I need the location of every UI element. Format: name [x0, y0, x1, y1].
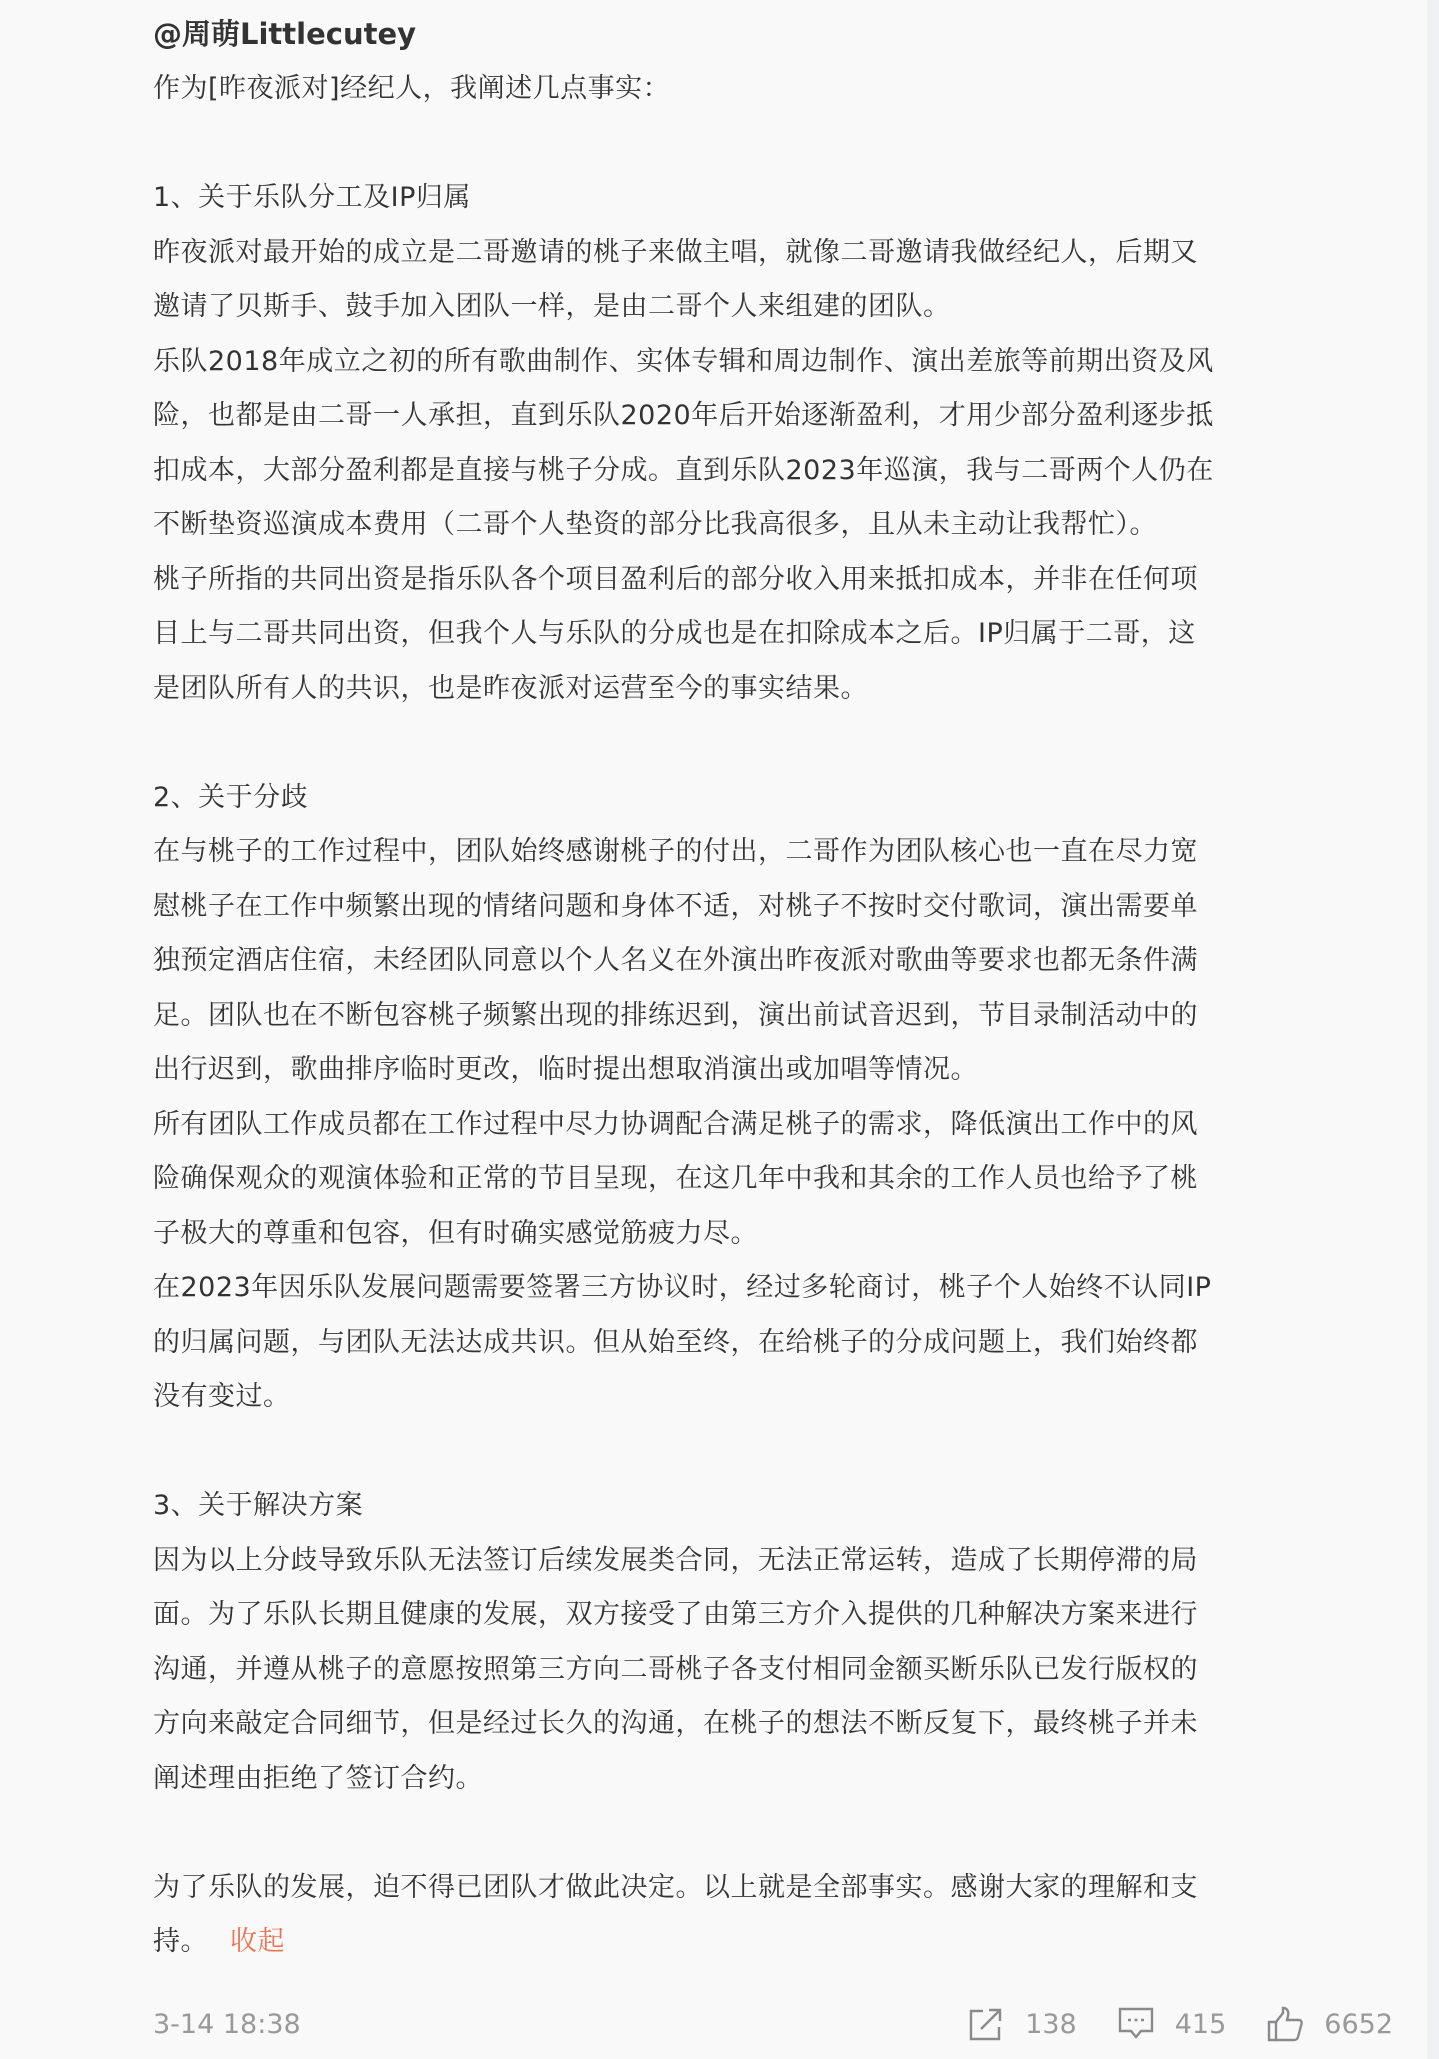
- blank-line: [153, 716, 1383, 771]
- comment-icon: [1117, 2005, 1155, 2043]
- text-line: 所有团队工作成员都在工作过程中尽力协调配合满足桃子的需求，降低演出工作中的风: [153, 1098, 1383, 1153]
- text-line: 不断垫资巡演成本费用（二哥个人垫资的部分比我高很多，且从未主动让我帮忙）。: [153, 498, 1383, 553]
- author-mention[interactable]: @周萌Littlecutey: [153, 12, 416, 56]
- text-line: 因为以上分歧导致乐队无法签订后续发展类合同，无法正常运转，造成了长期停滞的局: [153, 1534, 1383, 1589]
- like-icon: [1266, 2005, 1304, 2043]
- text-line: 乐队2018年成立之初的所有歌曲制作、实体专辑和周边制作、演出差旅等前期出资及风: [153, 335, 1383, 390]
- text-line: 桃子所指的共同出资是指乐队各个项目盈利后的部分收入用来抵扣成本，并非在任何项: [153, 553, 1383, 608]
- text-line: 阐述理由拒绝了签订合约。: [153, 1752, 1383, 1807]
- text-line: 慰桃子在工作中频繁出现的情绪问题和身体不适，对桃子不按时交付歌词，演出需要单: [153, 880, 1383, 935]
- last-line: 持。收起: [153, 1915, 1383, 1970]
- text-line: 没有变过。: [153, 1370, 1383, 1425]
- text-line: 扣成本，大部分盈利都是直接与桃子分成。直到乐队2023年巡演，我与二哥两个人仍在: [153, 444, 1383, 499]
- share-button[interactable]: 138: [967, 2005, 1077, 2043]
- text-line: 沟通，并遵从桃子的意愿按照第三方向二哥桃子各支付相同金额买断乐队已发行版权的: [153, 1643, 1383, 1698]
- like-button[interactable]: 6652: [1266, 2005, 1393, 2043]
- post-footer: 3-14 18:38 138 415 6652: [153, 2004, 1393, 2044]
- section-heading-2: 2、关于分歧: [153, 771, 1383, 826]
- text-line: 昨夜派对最开始的成立是二哥邀请的桃子来做主唱，就像二哥邀请我做经纪人，后期又: [153, 226, 1383, 281]
- text-line: 为了乐队的发展，迫不得已团队才做此决定。以上就是全部事实。感谢大家的理解和支: [153, 1861, 1383, 1916]
- text-line: 作为[昨夜派对]经纪人，我阐述几点事实：: [153, 62, 1383, 117]
- text-line: 子极大的尊重和包容，但有时确实感觉筋疲力尽。: [153, 1207, 1383, 1262]
- text-line: 在与桃子的工作过程中，团队始终感谢桃子的付出，二哥作为团队核心也一直在尽力宽: [153, 825, 1383, 880]
- post-body: 作为[昨夜派对]经纪人，我阐述几点事实： 1、关于乐队分工及IP归属 昨夜派对最…: [153, 62, 1383, 1970]
- text-line: 在2023年因乐队发展问题需要签署三方协议时，经过多轮商讨，桃子个人始终不认同I…: [153, 1261, 1383, 1316]
- share-count: 138: [1025, 2009, 1077, 2040]
- collapse-link[interactable]: 收起: [230, 1926, 285, 1957]
- text-line: 的归属问题，与团队无法达成共识。但从始至终，在给桃子的分成问题上，我们始终都: [153, 1316, 1383, 1371]
- text-line: 目上与二哥共同出资，但我个人与乐队的分成也是在扣除成本之后。IP归属于二哥，这: [153, 607, 1383, 662]
- text-line: 是团队所有人的共识，也是昨夜派对运营至今的事实结果。: [153, 662, 1383, 717]
- blank-line: [153, 1425, 1383, 1480]
- text-line: 险确保观众的观演体验和正常的节目呈现，在这几年中我和其余的工作人员也给予了桃: [153, 1152, 1383, 1207]
- comment-button[interactable]: 415: [1117, 2005, 1227, 2043]
- like-count: 6652: [1324, 2009, 1393, 2040]
- text-line: 面。为了乐队长期且健康的发展，双方接受了由第三方介入提供的几种解决方案来进行: [153, 1588, 1383, 1643]
- blank-line: [153, 1806, 1383, 1861]
- text-line: 持。: [153, 1926, 208, 1957]
- text-line: 独预定酒店住宿，未经团队同意以个人名义在外演出昨夜派对歌曲等要求也都无条件满: [153, 934, 1383, 989]
- text-line: 出行迟到，歌曲排序临时更改，临时提出想取消演出或加唱等情况。: [153, 1043, 1383, 1098]
- text-line: 足。团队也在不断包容桃子频繁出现的排练迟到，演出前试音迟到，节目录制活动中的: [153, 989, 1383, 1044]
- share-icon: [967, 2005, 1005, 2043]
- comment-count: 415: [1175, 2009, 1227, 2040]
- text-line: 险，也都是由二哥一人承担，直到乐队2020年后开始逐渐盈利，才用少部分盈利逐步抵: [153, 389, 1383, 444]
- text-line: 邀请了贝斯手、鼓手加入团队一样，是由二哥个人来组建的团队。: [153, 280, 1383, 335]
- scrollbar-track[interactable]: [1427, 0, 1439, 2059]
- section-heading-1: 1、关于乐队分工及IP归属: [153, 171, 1383, 226]
- blank-line: [153, 117, 1383, 172]
- section-heading-3: 3、关于解决方案: [153, 1479, 1383, 1534]
- text-line: 方向来敲定合同细节，但是经过长久的沟通，在桃子的想法不断反复下，最终桃子并未: [153, 1697, 1383, 1752]
- post-timestamp[interactable]: 3-14 18:38: [153, 2009, 927, 2040]
